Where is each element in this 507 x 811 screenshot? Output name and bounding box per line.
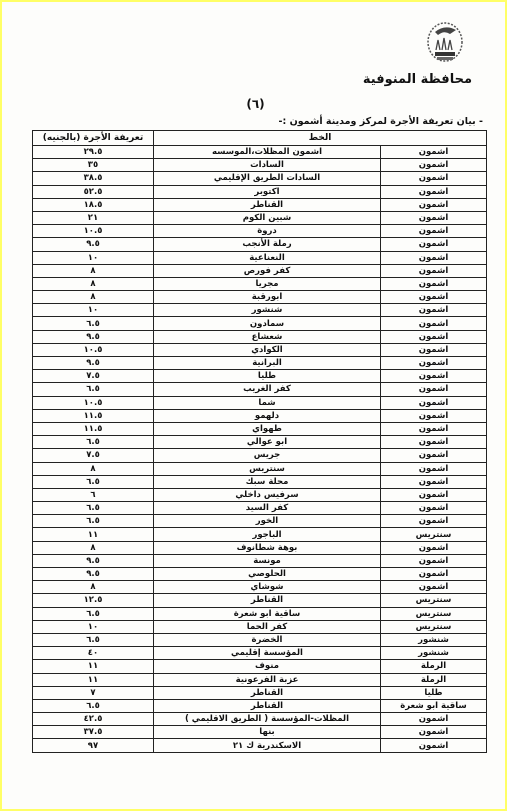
fare-cell: ٩.٥ <box>33 554 154 567</box>
route-cell: الكوادي <box>154 343 381 356</box>
table-row: اشمونبوهة شطانوف٨ <box>33 541 487 554</box>
fare-cell: ٢١ <box>33 211 154 224</box>
table-row: اشمونالكوادي١٠.٥ <box>33 343 487 356</box>
fare-cell: ٧ <box>33 686 154 699</box>
table-row: اشمونالحلوصي٩.٥ <box>33 568 487 581</box>
route-cell: شوشاي <box>154 581 381 594</box>
table-header-row: الخط تعريفة الأجرة (بالجنيه) <box>33 131 487 146</box>
fare-cell: ٦.٥ <box>33 317 154 330</box>
district-cell: اشمون <box>381 264 487 277</box>
district-cell: اشمون <box>381 726 487 739</box>
table-row: اشمونالنعناعية١٠ <box>33 251 487 264</box>
district-cell: الرملة <box>381 673 487 686</box>
route-cell: القناطر <box>154 686 381 699</box>
district-cell: ساقية ابو شعرة <box>381 699 487 712</box>
fare-cell: ١٠ <box>33 251 154 264</box>
column-header-route: الخط <box>154 131 487 146</box>
route-cell: المظلات-المؤسسة ( الطريق الاقليمي ) <box>154 713 381 726</box>
fare-cell: ٣٥ <box>33 159 154 172</box>
district-cell: اشمون <box>381 436 487 449</box>
district-cell: اشمون <box>381 739 487 752</box>
district-cell: اشمون <box>381 330 487 343</box>
district-cell: اشمون <box>381 211 487 224</box>
fare-cell: ٤٠ <box>33 647 154 660</box>
district-cell: سنتريس <box>381 594 487 607</box>
route-cell: اشمون المظلات،الموسسه <box>154 146 381 159</box>
fare-cell: ٨ <box>33 277 154 290</box>
route-cell: دلهمو <box>154 409 381 422</box>
fare-cell: ٧.٥ <box>33 370 154 383</box>
district-cell: اشمون <box>381 554 487 567</box>
fare-cell: ٤٢.٥ <box>33 713 154 726</box>
route-cell: بوهة شطانوف <box>154 541 381 554</box>
district-cell: اشمون <box>381 383 487 396</box>
route-cell: سرفيس داخلي <box>154 488 381 501</box>
fare-cell: ١١ <box>33 660 154 673</box>
document-page: محافظة المنوفية (٦) - بيان تعريفة الأجرة… <box>2 2 505 809</box>
route-cell: السادات <box>154 159 381 172</box>
fare-cell: ٩.٥ <box>33 568 154 581</box>
route-cell: المؤسسة إقليمي <box>154 647 381 660</box>
route-cell: الاسكندرية ك ٢١ <box>154 739 381 752</box>
district-cell: اشمون <box>381 238 487 251</box>
route-cell: كفر فورص <box>154 264 381 277</box>
table-row: اشمونالاسكندرية ك ٢١٩٧ <box>33 739 487 752</box>
table-row: اشمونالسادات٣٥ <box>33 159 487 172</box>
district-cell: شنشور <box>381 633 487 646</box>
table-row: اشمونابورقبة٨ <box>33 291 487 304</box>
table-row: اشمونشنشور١٠ <box>33 304 487 317</box>
fare-cell: ٧.٥ <box>33 449 154 462</box>
route-cell: النعناعية <box>154 251 381 264</box>
district-cell: اشمون <box>381 146 487 159</box>
district-cell: سنتريس <box>381 528 487 541</box>
route-cell: طهواي <box>154 422 381 435</box>
district-cell: اشمون <box>381 357 487 370</box>
table-row: طلياالقناطر٧ <box>33 686 487 699</box>
route-cell: رملة الأنجب <box>154 238 381 251</box>
fare-cell: ٦.٥ <box>33 699 154 712</box>
district-cell: اشمون <box>381 462 487 475</box>
route-cell: القناطر <box>154 699 381 712</box>
route-cell: عزبة الفرعونية <box>154 673 381 686</box>
district-cell: اشمون <box>381 185 487 198</box>
fare-cell: ٦ <box>33 488 154 501</box>
district-cell: اشمون <box>381 713 487 726</box>
district-cell: اشمون <box>381 304 487 317</box>
table-row: اشمونالخور٦.٥ <box>33 515 487 528</box>
district-cell: اشمون <box>381 475 487 488</box>
table-row: اشمونبنها٣٧.٥ <box>33 726 487 739</box>
table-row: اشمونطهواي١١.٥ <box>33 422 487 435</box>
table-row: اشموناكتوبر٥٢.٥ <box>33 185 487 198</box>
district-cell: الرملة <box>381 660 487 673</box>
route-cell: ابو عوالي <box>154 436 381 449</box>
fare-cell: ٦.٥ <box>33 633 154 646</box>
fare-cell: ٦.٥ <box>33 475 154 488</box>
table-body: اشموناشمون المظلات،الموسسه٢٩.٥اشمونالساد… <box>33 146 487 753</box>
route-cell: دروة <box>154 225 381 238</box>
fare-cell: ١١ <box>33 528 154 541</box>
table-row: اشموندلهمو١١.٥ <box>33 409 487 422</box>
page-number: (٦) <box>2 97 507 111</box>
fare-cell: ٣٧.٥ <box>33 726 154 739</box>
table-row: اشمونطليا٧.٥ <box>33 370 487 383</box>
district-cell: اشمون <box>381 515 487 528</box>
table-row: الرملةعزبة الفرعونية١١ <box>33 673 487 686</box>
route-cell: اكتوبر <box>154 185 381 198</box>
table-row: سنتريسالباجور١١ <box>33 528 487 541</box>
table-row: شنشورالمؤسسة إقليمي٤٠ <box>33 647 487 660</box>
fare-cell: ٣٨.٥ <box>33 172 154 185</box>
fare-cell: ٨ <box>33 264 154 277</box>
table-row: سنتريسكفر الحما١٠ <box>33 620 487 633</box>
fare-cell: ١٠ <box>33 304 154 317</box>
fare-cell: ١٠.٥ <box>33 225 154 238</box>
route-cell: بنها <box>154 726 381 739</box>
table-row: سنتريسالقناطر١٢.٥ <box>33 594 487 607</box>
route-cell: البرانية <box>154 357 381 370</box>
fare-cell: ٢٩.٥ <box>33 146 154 159</box>
fare-cell: ٨ <box>33 291 154 304</box>
fare-cell: ٦.٥ <box>33 436 154 449</box>
district-cell: اشمون <box>381 172 487 185</box>
route-cell: سنتريس <box>154 462 381 475</box>
route-cell: جريس <box>154 449 381 462</box>
fare-cell: ٩.٥ <box>33 330 154 343</box>
document-subtitle: - بيان تعريفة الأجرة لمركز ومدينة أشمون … <box>279 116 483 127</box>
fare-cell: ١٠ <box>33 620 154 633</box>
table-row: اشمونجريس٧.٥ <box>33 449 487 462</box>
district-cell: اشمون <box>381 396 487 409</box>
district-cell: اشمون <box>381 317 487 330</box>
route-cell: شعشاع <box>154 330 381 343</box>
district-cell: اشمون <box>381 251 487 264</box>
fare-cell: ٥٢.٥ <box>33 185 154 198</box>
table-row: اشموناشمون المظلات،الموسسه٢٩.٥ <box>33 146 487 159</box>
route-cell: ابورقبة <box>154 291 381 304</box>
fare-cell: ٨ <box>33 462 154 475</box>
district-cell: اشمون <box>381 370 487 383</box>
table-row: اشمونالسادات الطريق الإقليمي٣٨.٥ <box>33 172 487 185</box>
district-cell: اشمون <box>381 277 487 290</box>
fare-cell: ١١.٥ <box>33 422 154 435</box>
fare-cell: ٨ <box>33 581 154 594</box>
fare-cell: ١٠.٥ <box>33 343 154 356</box>
route-cell: كفر السيد <box>154 502 381 515</box>
table-row: اشمونكفر السيد٦.٥ <box>33 502 487 515</box>
fare-cell: ٨ <box>33 541 154 554</box>
fare-cell: ١١ <box>33 673 154 686</box>
table-row: اشمونمجريا٨ <box>33 277 487 290</box>
table-row: اشمونرملة الأنجب٩.٥ <box>33 238 487 251</box>
route-cell: الخور <box>154 515 381 528</box>
route-cell: مونسة <box>154 554 381 567</box>
table-row: اشمونشوشاي٨ <box>33 581 487 594</box>
district-cell: اشمون <box>381 409 487 422</box>
fare-cell: ١٢.٥ <box>33 594 154 607</box>
district-cell: اشمون <box>381 541 487 554</box>
route-cell: السادات الطريق الإقليمي <box>154 172 381 185</box>
fare-cell: ٩.٥ <box>33 357 154 370</box>
route-cell: ساقية ابو شعرة <box>154 607 381 620</box>
table-row: اشمونمونسة٩.٥ <box>33 554 487 567</box>
table-row: سنتريسساقية ابو شعرة٦.٥ <box>33 607 487 620</box>
route-cell: طليا <box>154 370 381 383</box>
table-row: اشمونسرفيس داخلي٦ <box>33 488 487 501</box>
fare-cell: ١٨.٥ <box>33 198 154 211</box>
fare-cell: ٦.٥ <box>33 502 154 515</box>
route-cell: مجريا <box>154 277 381 290</box>
route-cell: الحلوصي <box>154 568 381 581</box>
route-cell: محلة سبك <box>154 475 381 488</box>
governorate-emblem-icon <box>420 20 470 66</box>
district-cell: اشمون <box>381 488 487 501</box>
district-cell: سنتريس <box>381 620 487 633</box>
column-header-fare: تعريفة الأجرة (بالجنيه) <box>33 131 154 146</box>
district-cell: اشمون <box>381 343 487 356</box>
route-cell: كفر الحما <box>154 620 381 633</box>
table-row: شنشورالخضرة٦.٥ <box>33 633 487 646</box>
route-cell: شنشور <box>154 304 381 317</box>
table-row: اشمونشبين الكوم٢١ <box>33 211 487 224</box>
route-cell: سمادون <box>154 317 381 330</box>
fare-cell: ٩.٥ <box>33 238 154 251</box>
fare-table: الخط تعريفة الأجرة (بالجنيه) اشموناشمون … <box>32 130 487 753</box>
district-cell: اشمون <box>381 159 487 172</box>
table-row: اشمونكفر الغريب٦.٥ <box>33 383 487 396</box>
table-row: اشمونسمادون٦.٥ <box>33 317 487 330</box>
district-cell: اشمون <box>381 291 487 304</box>
governorate-name: محافظة المنوفية <box>363 72 472 87</box>
route-cell: الباجور <box>154 528 381 541</box>
table-row: اشمونمحلة سبك٦.٥ <box>33 475 487 488</box>
table-row: اشمونالمظلات-المؤسسة ( الطريق الاقليمي )… <box>33 713 487 726</box>
table-row: اشمونالبرانية٩.٥ <box>33 357 487 370</box>
route-cell: شبين الكوم <box>154 211 381 224</box>
route-cell: القناطر <box>154 594 381 607</box>
fare-cell: ٩٧ <box>33 739 154 752</box>
district-cell: اشمون <box>381 225 487 238</box>
fare-cell: ٦.٥ <box>33 515 154 528</box>
table-row: اشمونكفر فورص٨ <box>33 264 487 277</box>
route-cell: شما <box>154 396 381 409</box>
district-cell: اشمون <box>381 581 487 594</box>
district-cell: اشمون <box>381 502 487 515</box>
table-row: اشمونالقناطر١٨.٥ <box>33 198 487 211</box>
table-row: اشمونسنتريس٨ <box>33 462 487 475</box>
table-row: اشمونابو عوالي٦.٥ <box>33 436 487 449</box>
table-row: اشموندروة١٠.٥ <box>33 225 487 238</box>
district-cell: اشمون <box>381 568 487 581</box>
district-cell: اشمون <box>381 449 487 462</box>
fare-cell: ٦.٥ <box>33 607 154 620</box>
route-cell: الخضرة <box>154 633 381 646</box>
fare-cell: ١٠.٥ <box>33 396 154 409</box>
district-cell: اشمون <box>381 422 487 435</box>
district-cell: اشمون <box>381 198 487 211</box>
table-row: اشمونشعشاع٩.٥ <box>33 330 487 343</box>
route-cell: منوف <box>154 660 381 673</box>
table-row: اشمونشما١٠.٥ <box>33 396 487 409</box>
table-row: ساقية ابو شعرةالقناطر٦.٥ <box>33 699 487 712</box>
district-cell: طليا <box>381 686 487 699</box>
fare-cell: ١١.٥ <box>33 409 154 422</box>
district-cell: سنتريس <box>381 607 487 620</box>
fare-cell: ٦.٥ <box>33 383 154 396</box>
table-row: الرملةمنوف١١ <box>33 660 487 673</box>
district-cell: شنشور <box>381 647 487 660</box>
route-cell: كفر الغريب <box>154 383 381 396</box>
route-cell: القناطر <box>154 198 381 211</box>
